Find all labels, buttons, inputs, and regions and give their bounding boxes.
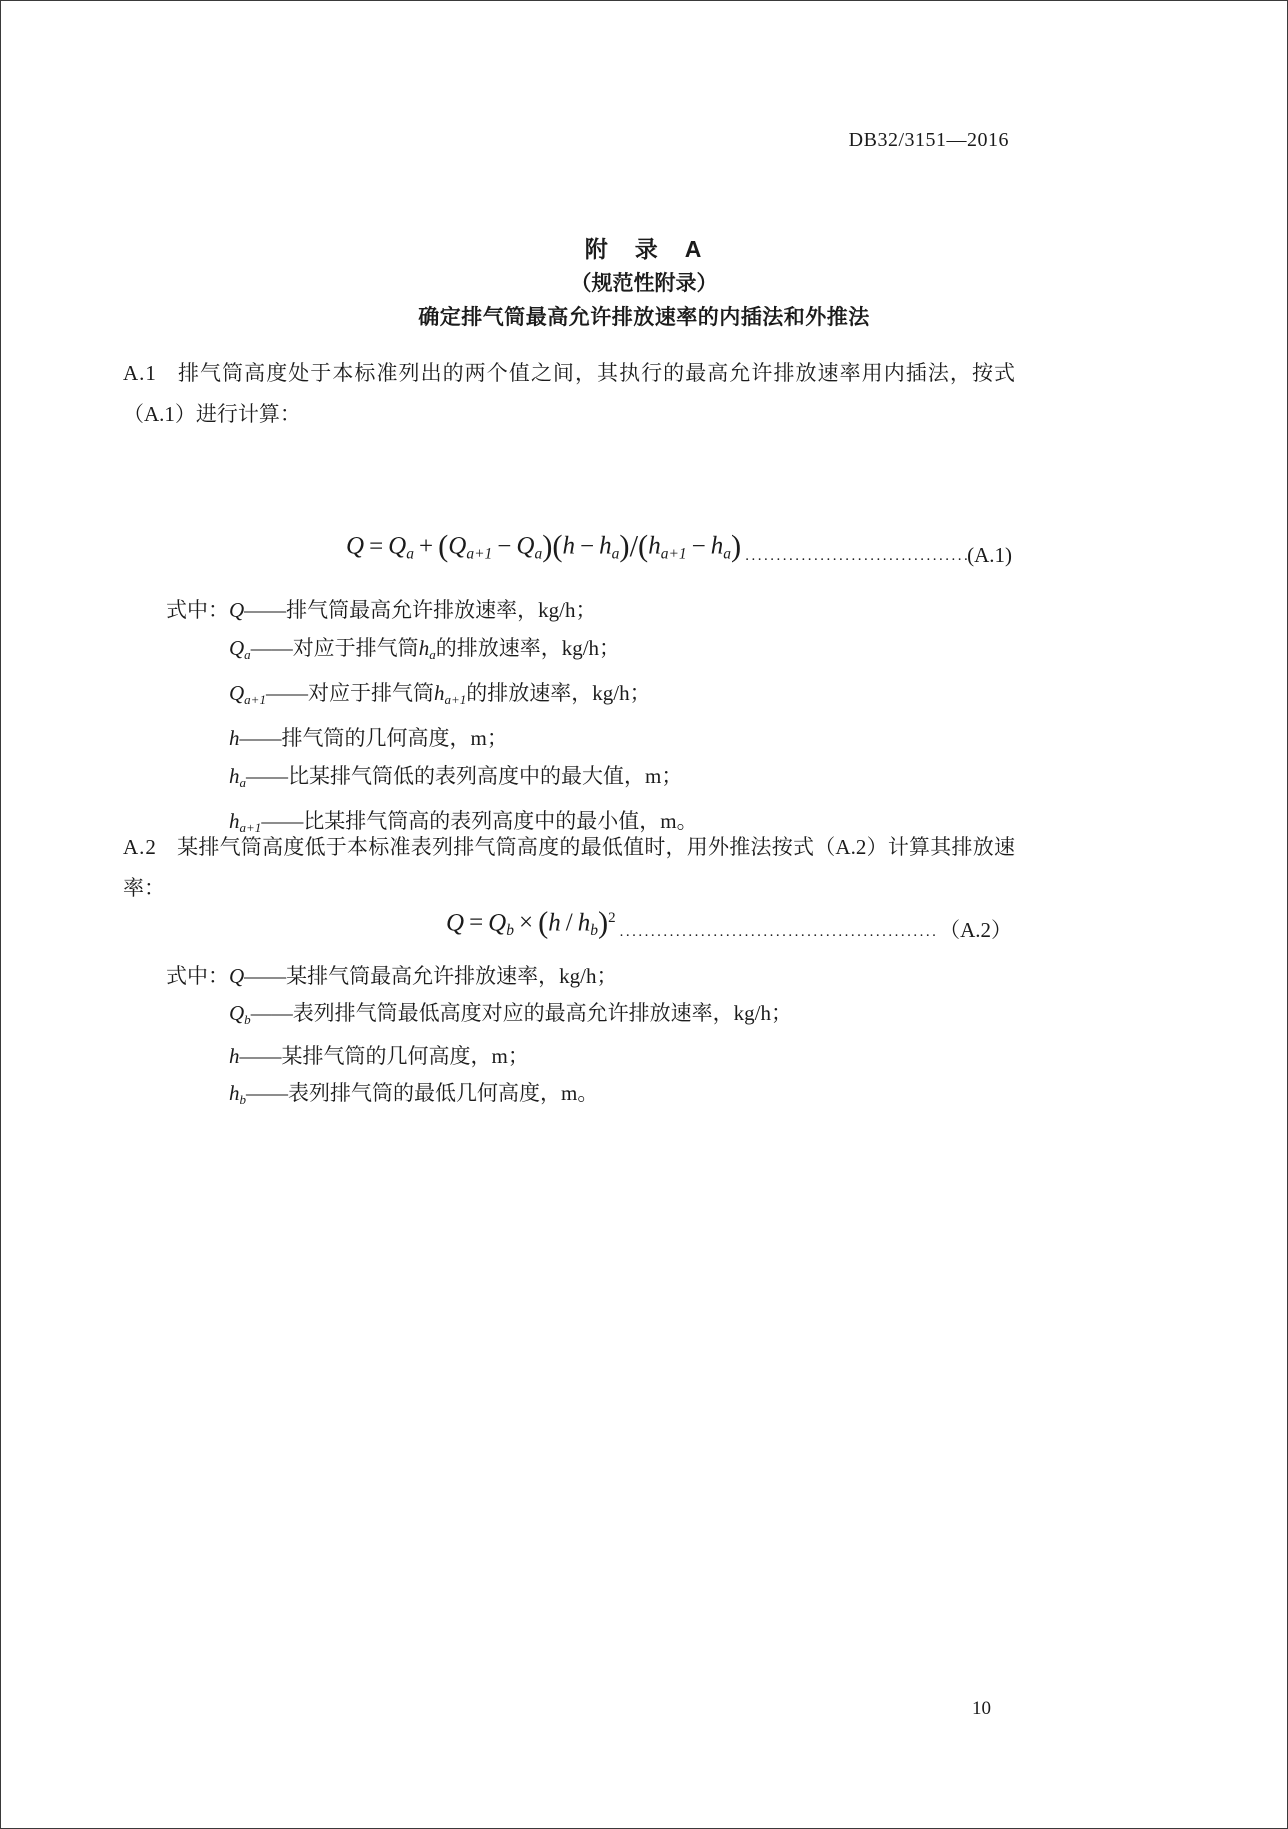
document-page: DB32/3151—2016 附 录 A （规范性附录） 确定排气筒最高允许排放… — [0, 0, 1288, 1829]
definitions-a1: 式中： Q——排气筒最高允许排放速率，kg/h； Qa——对应于排气筒ha的排放… — [166, 591, 1036, 848]
section-a2-label: A.2 — [123, 835, 157, 859]
section-a1-label: A.1 — [123, 361, 157, 385]
definition-hb: hb——表列排气筒的最低几何高度，m。 — [229, 1075, 598, 1118]
definition-qa1: Qa+1——对应于排气筒ha+1的排放速率，kg/h； — [229, 674, 651, 719]
definition-ha: ha——比某排气筒低的表列高度中的最大值，m； — [229, 757, 682, 802]
formula-a2-leader-dots: ........................................… — [620, 924, 939, 948]
definition-row: 式中： Q——某排气筒最高允许排放速率，kg/h； — [166, 958, 1056, 995]
doc-number: DB32/3151—2016 — [849, 129, 1009, 152]
formula-a2: Q=Qb×(h/hb)2 ...........................… — [446, 901, 1012, 948]
definition-qb: Qb——表列排气筒最低高度对应的最高允许排放速率，kg/h； — [229, 995, 792, 1038]
definition-row: ha——比某排气筒低的表列高度中的最大值，m； — [166, 757, 1036, 802]
definition-h: h——排气筒的几何高度，m； — [229, 719, 508, 757]
definition-row: h——某排气筒的几何高度，m； — [166, 1038, 1056, 1075]
formula-a1-expression: Q=Qa+(Qa+1−Qa)(h−ha)/(ha+1−ha) — [346, 529, 741, 572]
formula-a2-ref: （A.2） — [939, 914, 1012, 948]
definition-row: Qb——表列排气筒最低高度对应的最高允许排放速率，kg/h； — [166, 995, 1056, 1038]
definition-row: 式中： Q——排气筒最高允许排放速率，kg/h； — [166, 591, 1036, 629]
definitions-a2: 式中： Q——某排气筒最高允许排放速率，kg/h； Qb——表列排气筒最低高度对… — [166, 958, 1056, 1118]
appendix-subtitle: （规范性附录） — [1, 267, 1287, 297]
appendix-heading: 确定排气筒最高允许排放速率的内插法和外推法 — [1, 301, 1287, 331]
appendix-title: 附 录 A — [1, 231, 1287, 264]
where-label: 式中： — [166, 958, 229, 995]
definition-row: Qa+1——对应于排气筒ha+1的排放速率，kg/h； — [166, 674, 1036, 719]
where-label: 式中： — [166, 591, 229, 629]
definition-row: h——排气筒的几何高度，m； — [166, 719, 1036, 757]
section-a1-text: 排气筒高度处于本标准列出的两个值之间，其执行的最高允许排放速率用内插法，按式（A… — [123, 361, 1015, 426]
definition-q: Q——某排气筒最高允许排放速率，kg/h； — [229, 958, 618, 995]
page-number: 10 — [972, 1698, 991, 1720]
definition-qa: Qa——对应于排气筒ha的排放速率，kg/h； — [229, 629, 620, 674]
definition-row: hb——表列排气筒的最低几何高度，m。 — [166, 1075, 1056, 1118]
formula-a1-leader-dots: ........................................… — [745, 548, 967, 572]
definition-q: Q——排气筒最高允许排放速率，kg/h； — [229, 591, 597, 629]
section-a2-paragraph: A.2某排气筒高度低于本标准表列排气筒高度的最低值时，用外推法按式（A.2）计算… — [123, 827, 1015, 909]
definition-h: h——某排气筒的几何高度，m； — [229, 1038, 529, 1075]
section-a1-paragraph: A.1排气筒高度处于本标准列出的两个值之间，其执行的最高允许排放速率用内插法，按… — [123, 353, 1015, 435]
section-a2-text: 某排气筒高度低于本标准表列排气筒高度的最低值时，用外推法按式（A.2）计算其排放… — [123, 835, 1015, 900]
formula-a1: Q=Qa+(Qa+1−Qa)(h−ha)/(ha+1−ha) .........… — [346, 529, 1012, 572]
formula-a2-expression: Q=Qb×(h/hb)2 — [446, 901, 616, 948]
definition-row: Qa——对应于排气筒ha的排放速率，kg/h； — [166, 629, 1036, 674]
formula-a1-ref: (A.1) — [967, 543, 1012, 572]
